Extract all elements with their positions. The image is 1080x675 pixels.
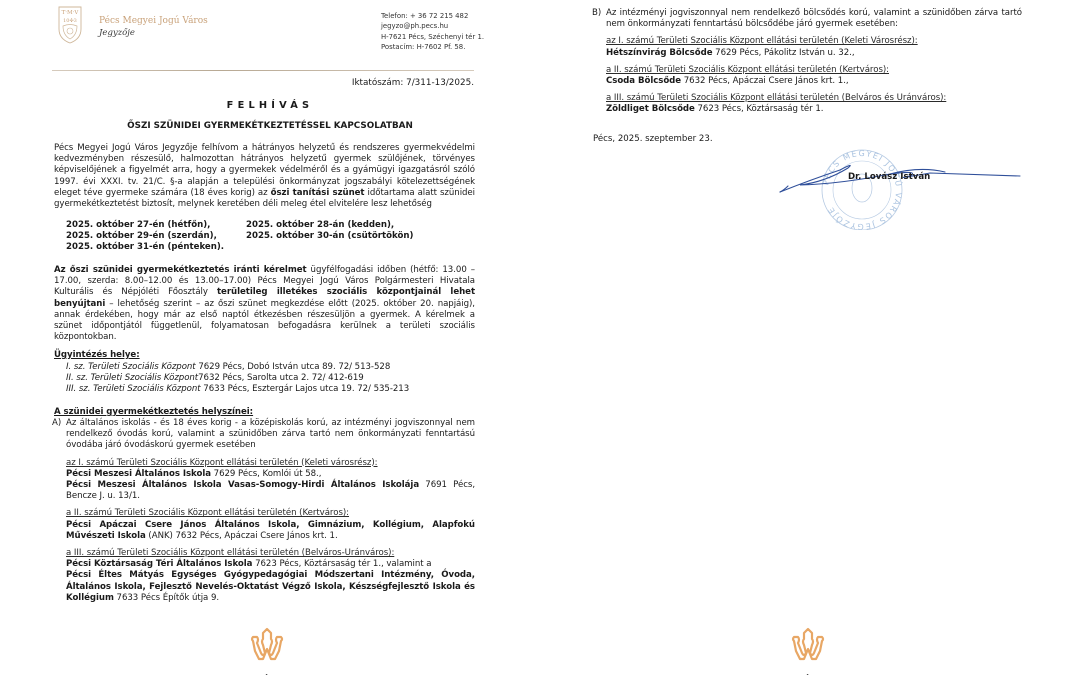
date-item: 2025. október 27-én (hétfőn), bbox=[66, 220, 246, 231]
reference-number: Iktatószám: 7/311-13/2025. bbox=[352, 78, 474, 88]
location-entry: Hétszínvirág Bölcsőde 7629 Pécs, Pákolit… bbox=[606, 48, 1022, 59]
section-a: A) Az általános iskolás - és 18 éves kor… bbox=[52, 418, 475, 604]
district-block: a II. számú Területi Szociális Központ e… bbox=[66, 508, 475, 542]
dates-list: 2025. október 27-én (hétfőn),2025. októb… bbox=[66, 220, 413, 253]
center-item: II. sz. Területi Szociális Központ7632 P… bbox=[66, 373, 409, 384]
district-block: az I. számú Területi Szociális Központ e… bbox=[66, 458, 475, 503]
date-item: 2025. október 30-án (csütörtökön) bbox=[246, 231, 413, 242]
location-entry: Pécsi Éltes Mátyás Egységes Gyógypedagóg… bbox=[66, 570, 475, 604]
stamp-icon: PÉCS MEGYEI JOGÚ VÁROS JEGYZŐJE bbox=[821, 149, 905, 230]
page-mark bbox=[806, 667, 810, 675]
date-item: 2025. október 29-én (szerdán), bbox=[66, 231, 246, 242]
section-b-text: Az intézményi jogviszonnyal nem rendelke… bbox=[606, 8, 1022, 30]
processing-place-heading: Ügyintézés helye: bbox=[54, 350, 140, 361]
section-a-text: Az általános iskolás - és 18 éves korig … bbox=[66, 418, 475, 452]
district-block: a III. számú Területi Szociális Központ … bbox=[606, 93, 1022, 115]
district-heading: a III. számú Területi Szociális Központ … bbox=[606, 93, 1022, 104]
section-b-label: B) bbox=[592, 8, 601, 19]
district-heading: az I. számú Területi Szociális Központ e… bbox=[606, 36, 1022, 47]
contact-postal: Postacím: H-7602 Pf. 58. bbox=[381, 42, 484, 52]
contact-email[interactable]: jegyzo@ph.pecs.hu bbox=[381, 21, 484, 31]
location-entry: Pécsi Köztársaság Téri Általános Iskola … bbox=[66, 559, 475, 570]
district-heading: az I. számú Területi Szociális Központ e… bbox=[66, 458, 475, 469]
location-entry: Pécsi Meszesi Általános Iskola 7629 Pécs… bbox=[66, 469, 475, 480]
location-entry: Pécsi Apáczai Csere János Általános Isko… bbox=[66, 520, 475, 542]
centers-list: I. sz. Területi Szociális Központ 7629 P… bbox=[66, 362, 409, 396]
page-mark bbox=[265, 667, 269, 675]
district-heading: a III. számú Területi Szociális Központ … bbox=[66, 548, 475, 559]
section-a-label: A) bbox=[52, 418, 61, 429]
svg-text:T·M·V: T·M·V bbox=[62, 10, 80, 16]
signature-and-stamp: PÉCS MEGYEI JOGÚ VÁROS JEGYZŐJE bbox=[770, 140, 1030, 230]
city-logo-icon bbox=[249, 627, 285, 661]
intro-paragraph: Pécs Megyei Jogú Város Jegyzője felhívom… bbox=[54, 143, 475, 210]
city-crest-icon: T·M·V 10✣3 bbox=[56, 5, 84, 45]
center-item: III. sz. Területi Szociális Központ 7633… bbox=[66, 384, 409, 395]
location-entry: Csoda Bölcsőde 7632 Pécs, Apáczai Csere … bbox=[606, 76, 1022, 87]
date-item: 2025. október 31-én (pénteken). bbox=[66, 242, 246, 253]
header-divider bbox=[52, 70, 474, 71]
document-title: FELHÍVÁS bbox=[0, 100, 540, 111]
location-entry: Pécsi Meszesi Általános Iskola Vasas-Som… bbox=[66, 480, 475, 502]
location-entry: Zöldliget Bölcsőde 7623 Pécs, Köztársasá… bbox=[606, 104, 1022, 115]
contact-address: H-7621 Pécs, Széchenyi tér 1. bbox=[381, 32, 484, 42]
district-block: az I. számú Területi Szociális Központ e… bbox=[606, 36, 1022, 58]
section-b: B) Az intézményi jogviszonnyal nem rende… bbox=[592, 8, 1022, 116]
district-heading: a II. számú Területi Szociális Központ e… bbox=[606, 65, 1022, 76]
city-name: Pécs Megyei Jogú Város bbox=[99, 16, 208, 26]
city-logo-icon bbox=[790, 627, 826, 661]
svg-text:10✣3: 10✣3 bbox=[63, 18, 77, 24]
district-block: a II. számú Területi Szociális Központ e… bbox=[606, 65, 1022, 87]
date-item: 2025. október 28-án (kedden), bbox=[246, 220, 394, 231]
document-subtitle: ŐSZI SZÜNIDEI GYERMEKÉTKEZTETÉSSEL KAPCS… bbox=[0, 121, 540, 131]
signer-name: Dr. Lovász István bbox=[848, 172, 930, 182]
center-item: I. sz. Területi Szociális Központ 7629 P… bbox=[66, 362, 409, 373]
locations-heading: A szünidei gyermekétkeztetés helyszínei: bbox=[54, 407, 253, 418]
request-paragraph: Az őszi szünidei gyermekétkeztetés iránt… bbox=[54, 265, 475, 343]
contact-phone: Telefon: + 36 72 215 482 bbox=[381, 11, 484, 21]
document-page-1: T·M·V 10✣3 Pécs Megyei Jogú Város Jegyző… bbox=[0, 0, 540, 675]
office-name: Jegyzője bbox=[99, 28, 135, 38]
place-and-date: Pécs, 2025. szeptember 23. bbox=[593, 134, 713, 144]
district-heading: a II. számú Területi Szociális Központ e… bbox=[66, 508, 475, 519]
district-block: a III. számú Területi Szociális Központ … bbox=[66, 548, 475, 604]
contact-block: Telefon: + 36 72 215 482 jegyzo@ph.pecs.… bbox=[381, 11, 484, 53]
